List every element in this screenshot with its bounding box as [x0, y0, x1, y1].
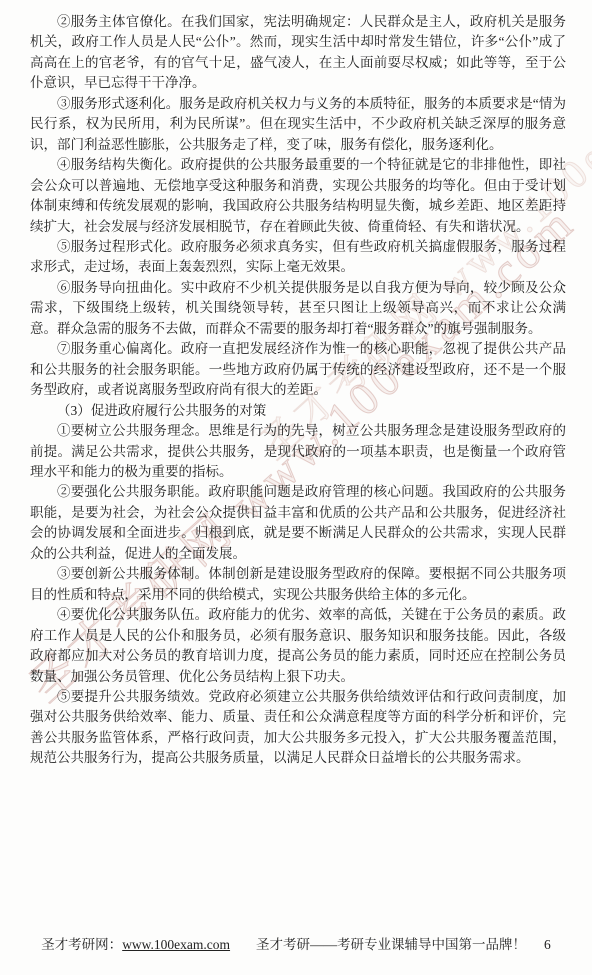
document-page: 圣才考研网 www.100exam.com 圣才考研网 www.100exam.…: [0, 0, 592, 975]
body-paragraph-service-process-formalism: ⑤服务过程形式化。政府服务必须求真务实，但有些政府机关搞虚假服务，服务过程求形式…: [30, 237, 566, 278]
page-footer: 圣才考研网： www.100exam.com 圣才考研——考研专业课辅导中国第一…: [0, 933, 592, 953]
body-paragraph-optimize-service-team: ④要优化公共服务队伍。政府能力的优劣、效率的高低，关键在于公务员的素质。政府工作…: [30, 605, 566, 687]
body-paragraph-service-structure-imbalance: ④服务结构失衡化。政府提供的公共服务最重要的一个特征就是它的非排他性，即社会公众…: [30, 155, 566, 237]
body-text-column: ②服务主体官僚化。在我们国家，宪法明确规定：人民群众是主人，政府机关是服务机关，…: [30, 12, 566, 769]
body-paragraph-strengthen-service-function: ②要强化公共服务职能。政府职能问题是政府管理的核心问题。我国政府的公共服务职能，…: [30, 482, 566, 564]
page-number: 6: [544, 937, 551, 953]
footer-slogan: 圣才考研——考研专业课辅导中国第一品牌！: [256, 933, 526, 953]
body-paragraph-service-orientation-distorted: ⑥服务导向扭曲化。实中政府不少机关提供服务是以自我方便为导向，较少顾及公众需求，…: [30, 278, 566, 339]
body-paragraph-innovate-service-system: ③要创新公共服务体制。体制创新是建设服务型政府的保障。要根据不同公共服务项目的性…: [30, 564, 566, 605]
section-heading-countermeasures: （3）促进政府履行公共服务的对策: [30, 401, 566, 421]
body-paragraph-service-profit-seeking: ③服务形式逐利化。服务是政府机关权力与义务的本质特征，服务的本质要求是“情为民行…: [30, 94, 566, 155]
footer-site-label: 圣才考研网：: [41, 933, 122, 953]
footer-site-url-link[interactable]: www.100exam.com: [122, 937, 230, 953]
body-paragraph-service-focus-deviation: ⑦服务重心偏离化。政府一直把发展经济作为惟一的核心职能，忽视了提供公共产品和公共…: [30, 339, 566, 400]
body-paragraph-establish-service-concept: ①要树立公共服务理念。思维是行为的先导，树立公共服务理念是建设服务型政府的前提。…: [30, 421, 566, 482]
body-paragraph-service-bureaucratized: ②服务主体官僚化。在我们国家，宪法明确规定：人民群众是主人，政府机关是服务机关，…: [30, 12, 566, 94]
body-paragraph-improve-service-performance: ⑤要提升公共服务绩效。党政府必须建立公共服务供给绩效评估和行政问责制度，加强对公…: [30, 687, 566, 769]
